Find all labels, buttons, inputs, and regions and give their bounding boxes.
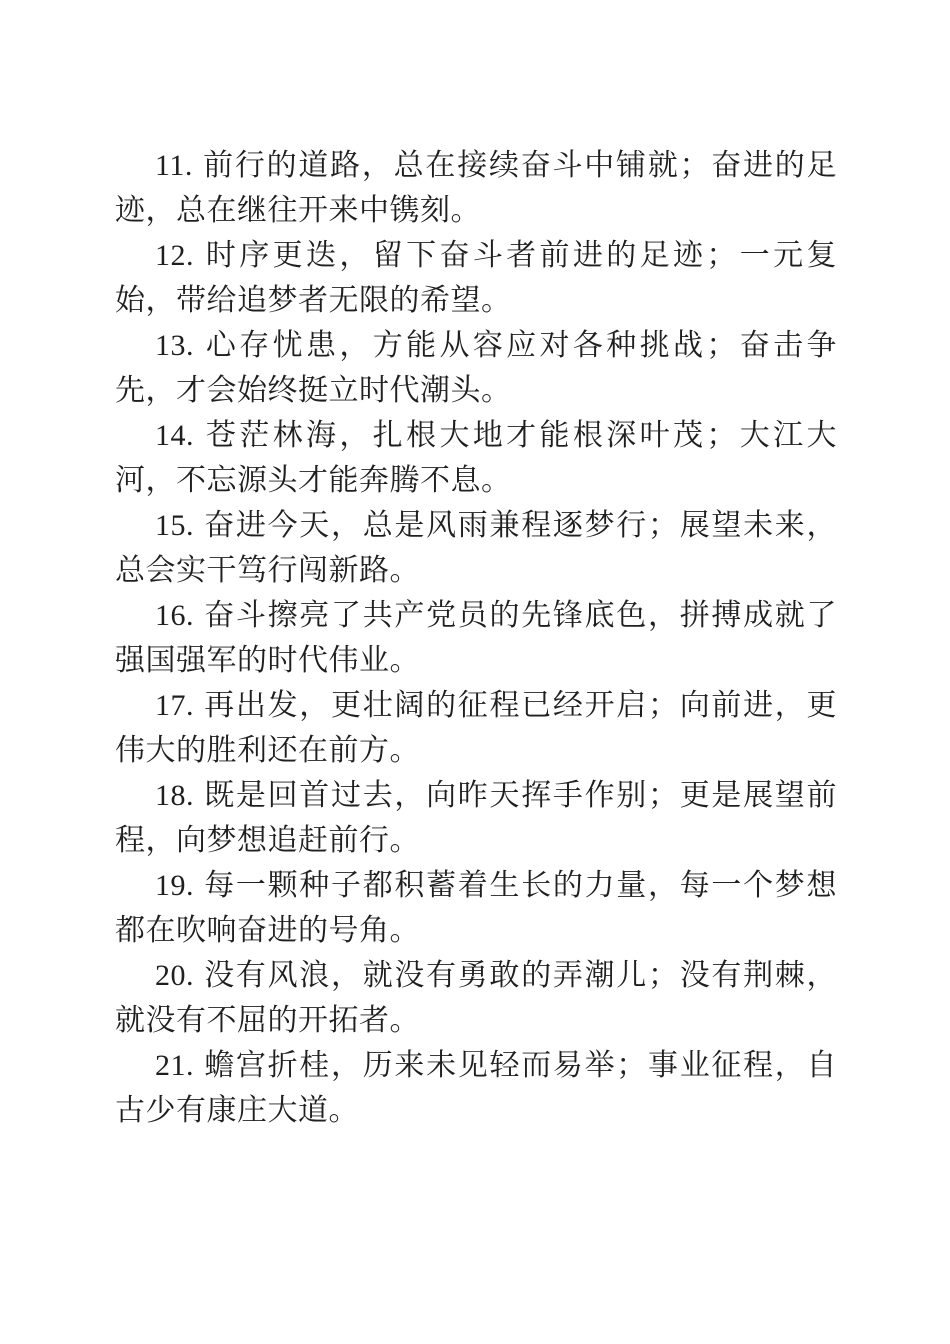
item-text: 奋进今天，总是风雨兼程逐梦行；展望未来，总会实干笃行闯新路。 (115, 509, 837, 587)
item-text: 既是回首过去，向昨天挥手作别；更是展望前程，向梦想追赶前行。 (115, 779, 837, 857)
item-number: 14. (155, 419, 194, 452)
item-text: 没有风浪，就没有勇敢的弄潮儿；没有荆棘，就没有不屈的开拓者。 (115, 959, 837, 1037)
item-text: 奋斗擦亮了共产党员的先锋底色，拼搏成就了强国强军的时代伟业。 (115, 599, 837, 677)
list-item-16: 16.奋斗擦亮了共产党员的先锋底色，拼搏成就了强国强军的时代伟业。 (115, 593, 837, 683)
item-number: 11. (155, 149, 193, 182)
item-text: 时序更迭，留下奋斗者前进的足迹；一元复始，带给追梦者无限的希望。 (115, 239, 837, 317)
item-text: 蟾宫折桂，历来未见轻而易举；事业征程，自古少有康庄大道。 (115, 1049, 837, 1127)
document-page: 11.前行的道路，总在接续奋斗中铺就；奋进的足迹，总在继往开来中镌刻。 12.时… (0, 0, 950, 1344)
item-number: 15. (155, 509, 194, 542)
list-item-13: 13.心存忧患，方能从容应对各种挑战；奋击争先，才会始终挺立时代潮头。 (115, 323, 837, 413)
list-item-19: 19.每一颗种子都积蓄着生长的力量，每一个梦想都在吹响奋进的号角。 (115, 863, 837, 953)
item-number: 18. (155, 779, 194, 812)
list-item-11: 11.前行的道路，总在接续奋斗中铺就；奋进的足迹，总在继往开来中镌刻。 (115, 143, 837, 233)
item-number: 16. (155, 599, 194, 632)
item-text: 前行的道路，总在接续奋斗中铺就；奋进的足迹，总在继往开来中镌刻。 (115, 149, 837, 227)
item-text: 苍茫林海，扎根大地才能根深叶茂；大江大河，不忘源头才能奔腾不息。 (115, 419, 837, 497)
item-number: 12. (155, 239, 194, 272)
list-item-12: 12.时序更迭，留下奋斗者前进的足迹；一元复始，带给追梦者无限的希望。 (115, 233, 837, 323)
item-text: 每一颗种子都积蓄着生长的力量，每一个梦想都在吹响奋进的号角。 (115, 869, 837, 947)
list-item-17: 17.再出发，更壮阔的征程已经开启；向前进，更伟大的胜利还在前方。 (115, 683, 837, 773)
list-item-14: 14.苍茫林海，扎根大地才能根深叶茂；大江大河，不忘源头才能奔腾不息。 (115, 413, 837, 503)
document-body: 11.前行的道路，总在接续奋斗中铺就；奋进的足迹，总在继往开来中镌刻。 12.时… (115, 143, 837, 1133)
list-item-18: 18.既是回首过去，向昨天挥手作别；更是展望前程，向梦想追赶前行。 (115, 773, 837, 863)
item-number: 13. (155, 329, 194, 362)
list-item-15: 15.奋进今天，总是风雨兼程逐梦行；展望未来，总会实干笃行闯新路。 (115, 503, 837, 593)
list-item-21: 21.蟾宫折桂，历来未见轻而易举；事业征程，自古少有康庄大道。 (115, 1043, 837, 1133)
list-item-20: 20.没有风浪，就没有勇敢的弄潮儿；没有荆棘，就没有不屈的开拓者。 (115, 953, 837, 1043)
item-text: 再出发，更壮阔的征程已经开启；向前进，更伟大的胜利还在前方。 (115, 689, 837, 767)
item-text: 心存忧患，方能从容应对各种挑战；奋击争先，才会始终挺立时代潮头。 (115, 329, 837, 407)
item-number: 19. (155, 869, 194, 902)
item-number: 17. (155, 689, 194, 722)
item-number: 21. (155, 1049, 194, 1082)
item-number: 20. (155, 959, 194, 992)
